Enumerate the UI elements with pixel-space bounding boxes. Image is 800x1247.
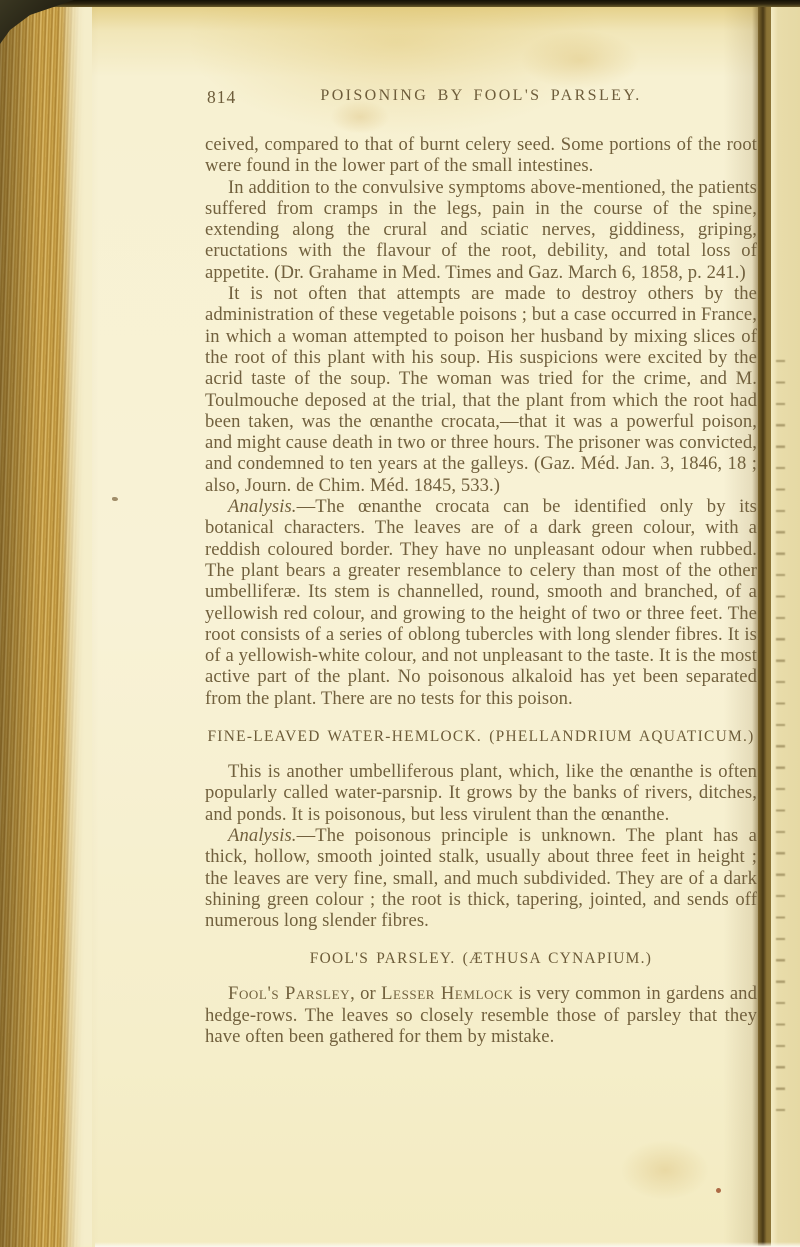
- running-title: POISONING BY FOOL'S PARSLEY.: [205, 87, 757, 105]
- section-heading-water-hemlock: FINE-LEAVED WATER-HEMLOCK. (PHELLANDRIUM…: [205, 727, 757, 747]
- analysis-label-italic: Analysis.: [228, 496, 297, 517]
- bottom-edge-highlight: [95, 1242, 800, 1247]
- top-edge-shadow: [0, 0, 800, 7]
- body-text: ceived, compared to that of burnt celery…: [205, 134, 757, 1047]
- analysis-text: —The œnanthe crocata can be identified o…: [205, 496, 757, 709]
- page-number: 814: [207, 87, 236, 108]
- paragraph-fools-parsley-intro: Fool's Parsley, or Lesser Hemlock is ver…: [205, 983, 757, 1047]
- next-page-faint-text: [776, 360, 785, 1120]
- paragraph-poisoning-case: It is not often that attempts are made t…: [205, 283, 757, 496]
- section-heading-fools-parsley: FOOL'S PARSLEY. (ÆTHUSA CYNAPIUM.): [205, 949, 757, 969]
- paragraph-analysis-oenanthe: Analysis.—The œnanthe crocata can be ide…: [205, 496, 757, 709]
- printed-content: 814 POISONING BY FOOL'S PARSLEY. ceived,…: [205, 87, 757, 1047]
- paragraph-phellandrium-description: This is another umbelliferous plant, whi…: [205, 761, 757, 825]
- analysis-label-italic: Analysis.: [228, 825, 297, 846]
- paragraph-continuation: ceived, compared to that of burnt celery…: [205, 134, 757, 177]
- page-header: 814 POISONING BY FOOL'S PARSLEY.: [205, 87, 757, 109]
- fools-parsley-smallcaps: Fool's Parsley: [228, 983, 350, 1004]
- fore-edge-fade: [58, 0, 92, 1247]
- fools-parsley-connector: , or: [350, 983, 381, 1004]
- lesser-hemlock-smallcaps: Lesser Hemlock: [381, 983, 513, 1004]
- paragraph-analysis-phellandrium: Analysis.—The poisonous principle is unk…: [205, 825, 757, 931]
- paragraph-symptoms: In addition to the convulsive symptoms a…: [205, 177, 757, 283]
